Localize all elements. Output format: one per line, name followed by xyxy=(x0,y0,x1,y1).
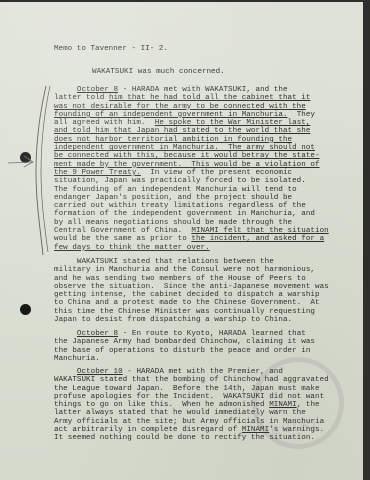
underlined-text: MINAMI felt that the situation xyxy=(191,227,328,235)
paragraph-wakatsuki-relations: WAKATSUKI stated that relations between … xyxy=(54,258,329,324)
text-run: endanger Japan's position, and the proje… xyxy=(54,194,292,202)
text-line: Manchuria. xyxy=(54,355,315,363)
text-run xyxy=(54,330,77,338)
text-run: Central Government of China. xyxy=(54,227,191,235)
hole-punch-top xyxy=(20,152,31,163)
text-run xyxy=(54,368,77,376)
text-run: Japan to desist from dispatching a warsh… xyxy=(54,316,292,324)
text-line: It seemed nothing could be done to recti… xyxy=(54,434,329,442)
text-line: Army officials at the site; but Army off… xyxy=(54,418,329,426)
underlined-text: the 9 Power Treaty. xyxy=(54,169,141,177)
text-line: by all means negotiations should be made… xyxy=(54,219,329,227)
handwritten-bracket-arrow-icon xyxy=(0,2,60,262)
text-line: the Japanese Army had bombarded Chinchow… xyxy=(54,338,315,346)
text-line: The founding of an independent Manchuria… xyxy=(54,186,329,194)
underlined-text: He spoke to the War Minister last, xyxy=(155,119,311,127)
underlined-text: does not harbor territorial ambition in … xyxy=(54,136,292,144)
paragraph-october-8-cabinet: October 8 - HARADA met with WAKATSUKI, a… xyxy=(54,86,329,252)
text-run: 's warnings. xyxy=(269,426,324,434)
text-line: Japan to desist from dispatching a warsh… xyxy=(54,316,329,324)
text-run: carried out within treaty limitations re… xyxy=(54,202,306,210)
text-line: to China and a protest made to the Chine… xyxy=(54,299,329,307)
text-run: the base of operations to disturb the pe… xyxy=(54,347,310,355)
text-run: by all means negotiations should be made… xyxy=(54,219,292,227)
text-run: - HARADA met with WAKATSUKI, and the xyxy=(118,86,287,94)
text-run: military in Manchuria and the Consul wer… xyxy=(54,266,315,274)
text-line: ment made by the government. This would … xyxy=(54,161,329,169)
intro-line: WAKATSUKI was much concerned. xyxy=(92,68,225,76)
text-run: the League toward Japan. Before the 14th… xyxy=(54,385,320,393)
text-run: - En route to Kyoto, HARADA learned that xyxy=(118,330,306,338)
text-run: profuse apologies for the Incident. WAKA… xyxy=(54,393,324,401)
underlined-text: independent government in Manchuria. The… xyxy=(54,144,315,152)
hole-punch-bottom xyxy=(20,304,31,315)
text-line: the League toward Japan. Before the 14th… xyxy=(54,385,329,393)
text-line: and told him that Japan had stated to th… xyxy=(54,127,329,135)
text-run: act arbitrarily in complete disregard of xyxy=(54,426,242,434)
text-run: things to go on like this. When he admon… xyxy=(54,401,269,409)
text-line: founding of an independent government in… xyxy=(54,111,329,119)
paragraph-october-8-kyoto: October 8 - En route to Kyoto, HARADA le… xyxy=(54,330,315,363)
text-run: situation, Japan was practically forced … xyxy=(54,177,306,185)
underlined-text: founding of an independent government in… xyxy=(54,111,288,119)
text-run: Army officials at the site; but Army off… xyxy=(54,418,324,426)
text-run: They xyxy=(288,111,315,119)
underlined-text: October 8 xyxy=(77,86,118,94)
text-run: The founding of an independent Manchuria… xyxy=(54,186,297,194)
text-run: all agreed with him. xyxy=(54,119,155,127)
text-run: formation of the independent government … xyxy=(54,210,315,218)
text-line: be connected with this, because it would… xyxy=(54,152,329,160)
text-line: WAKATSUKI stated that relations between … xyxy=(54,258,329,266)
paragraph-october-10: October 10 - HARADA met with the Premier… xyxy=(54,368,329,443)
text-line: military in Manchuria and the Consul wer… xyxy=(54,266,329,274)
text-run: Manchuria. xyxy=(54,355,100,363)
scanned-page-frame: RGINI Memo to Tavenner - II- 2. WAKATSUK… xyxy=(0,0,370,480)
text-line: October 10 - HARADA met with the Premier… xyxy=(54,368,329,376)
text-line: independent government in Manchuria. The… xyxy=(54,144,329,152)
text-run: It seemed nothing could be done to recti… xyxy=(54,434,315,442)
text-run: the Japanese Army had bombarded Chinchow… xyxy=(54,338,315,346)
text-line: few days to think the matter over. xyxy=(54,244,329,252)
text-run: and he was sending two members of the Ho… xyxy=(54,275,306,283)
text-line: WAKATSUKI stated that the bombing of Chi… xyxy=(54,376,329,384)
text-line: would be the same as prior to the incide… xyxy=(54,235,329,243)
text-line: formation of the independent government … xyxy=(54,210,329,218)
text-line: carried out within treaty limitations re… xyxy=(54,202,329,210)
text-line: all agreed with him. He spoke to the War… xyxy=(54,119,329,127)
text-line: latter always stated that he would immed… xyxy=(54,409,329,417)
text-line: observe the situation. Since the anti-Ja… xyxy=(54,283,329,291)
text-run: , the xyxy=(297,401,320,409)
text-run xyxy=(54,86,77,94)
text-line: Central Government of China. MINAMI felt… xyxy=(54,227,329,235)
underlined-text: him that he had told all the cabinet tha… xyxy=(109,94,310,102)
text-run: this time the Chinese Minister was conti… xyxy=(54,308,315,316)
underlined-text: MINAMI xyxy=(269,401,296,409)
underlined-text: was not desirable for the army to be con… xyxy=(54,103,306,111)
text-run: observe the situation. Since the anti-Ja… xyxy=(54,283,329,291)
underlined-text: the incident, and asked for a xyxy=(191,235,324,243)
text-line: getting intense, the cabinet decided to … xyxy=(54,291,329,299)
underlined-text: ment made by the government. This would … xyxy=(54,161,320,169)
text-line: the base of operations to disturb the pe… xyxy=(54,347,315,355)
text-line: does not harbor territorial ambition in … xyxy=(54,136,329,144)
text-line: was not desirable for the army to be con… xyxy=(54,103,329,111)
text-run: to China and a protest made to the Chine… xyxy=(54,299,320,307)
underlined-text: few days to think the matter over. xyxy=(54,244,210,252)
memo-heading: Memo to Tavenner - II- 2. xyxy=(54,45,168,53)
underlined-text: MINAMI xyxy=(242,426,269,434)
text-line: act arbitrarily in complete disregard of… xyxy=(54,426,329,434)
text-line: and he was sending two members of the Ho… xyxy=(54,275,329,283)
text-line: latter told him that he had told all the… xyxy=(54,94,329,102)
text-line: this time the Chinese Minister was conti… xyxy=(54,308,329,316)
text-run: would be the same as prior to xyxy=(54,235,191,243)
text-run: - HARADA met with the Premier, and xyxy=(123,368,283,376)
text-line: endanger Japan's position, and the proje… xyxy=(54,194,329,202)
text-line: October 8 - HARADA met with WAKATSUKI, a… xyxy=(54,86,329,94)
text-line: profuse apologies for the Incident. WAKA… xyxy=(54,393,329,401)
text-run: In view of the present economic xyxy=(141,169,292,177)
underlined-text: October 10 xyxy=(77,368,123,376)
text-line: the 9 Power Treaty. In view of the prese… xyxy=(54,169,329,177)
text-line: things to go on like this. When he admon… xyxy=(54,401,329,409)
text-line: situation, Japan was practically forced … xyxy=(54,177,329,185)
text-line: October 8 - En route to Kyoto, HARADA le… xyxy=(54,330,315,338)
underlined-text: be connected with this, because it would… xyxy=(54,152,320,160)
underlined-text: October 8 xyxy=(77,330,118,338)
text-run: WAKATSUKI stated that the bombing of Chi… xyxy=(54,376,329,384)
text-run: latter always stated that he would immed… xyxy=(54,409,306,417)
memo-page: RGINI Memo to Tavenner - II- 2. WAKATSUK… xyxy=(0,2,363,480)
text-run: WAKATSUKI stated that relations between … xyxy=(54,258,274,266)
text-run: getting intense, the cabinet decided to … xyxy=(54,291,320,299)
underlined-text: and told him that Japan had stated to th… xyxy=(54,127,310,135)
text-run: latter told xyxy=(54,94,109,102)
